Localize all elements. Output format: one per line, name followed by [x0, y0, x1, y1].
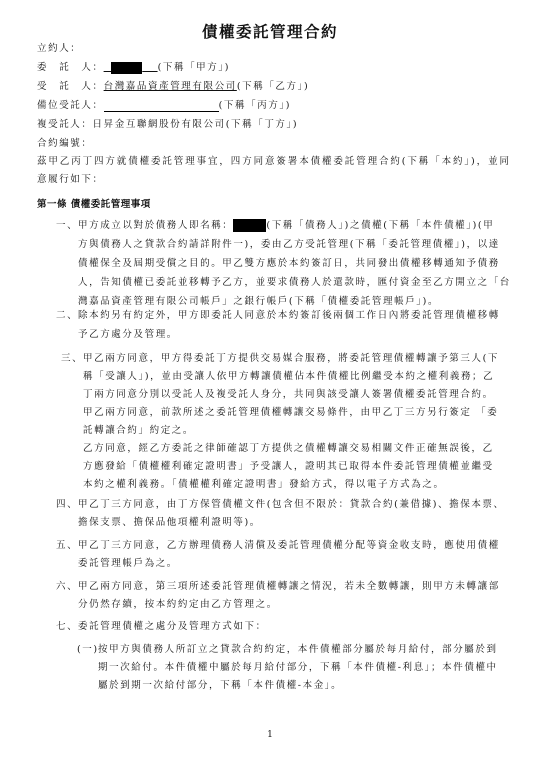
- party-sub-trustee-label: 複受託人：: [37, 118, 93, 131]
- redaction-box: [233, 219, 266, 232]
- item-1-line: 人，告知債權已委託並移轉予乙方，並要求債務人於還款時，匯付資金至乙方開立之「台: [78, 276, 511, 289]
- party-sub-trustee: 複受託人：日昇金互聯網股份有限公司(下稱「丁方」): [37, 118, 298, 131]
- item-2-line: 予乙方處分及管理。: [78, 328, 178, 341]
- party-trustee: 受 託 人：台灣嘉品資產管理有限公司(下稱「乙方」): [37, 80, 309, 93]
- party-principal-label: 委 託 人：: [37, 61, 104, 74]
- item-3-line: 乙方同意，經乙方委託之律師確認丁方提供之債權轉讓交易相關文件正確無誤後，乙: [83, 442, 494, 455]
- item-2-line: 除本約另有約定外，甲方即委託人同意於本約簽訂後兩個工作日內將委託管理債權移轉: [78, 309, 500, 322]
- item-6-line: 分仍然存續，按本約約定由乙方管理之。: [78, 598, 278, 611]
- item-5-line: 委託管理帳戶為之。: [78, 557, 178, 570]
- item-3-line: 甲乙兩方同意，前款所述之委託管理債權轉讓交易條件，由甲乙丁三方另行簽定 「委: [83, 406, 498, 419]
- party-backup-trustee-label: 備位受託人：: [37, 99, 104, 112]
- party-sub-trustee-name: 日昇金互聯網股份有限公司: [93, 119, 226, 130]
- item-3-line: 本約之權利義務。「債權權利確定證明書」發給方式，得以電子方式為之。: [83, 478, 445, 491]
- item-3-num: 三、: [61, 352, 83, 365]
- item-6-line: 甲乙兩方同意，第三項所述委託管理債權轉讓之情況，若未全數轉讓，則甲方未轉讓部: [78, 580, 500, 593]
- item-5-num: 五、: [56, 539, 78, 552]
- item-2-num: 二、: [56, 309, 78, 322]
- subitem-1-num: (一): [77, 643, 99, 656]
- item-7-num: 七、: [56, 620, 78, 633]
- item-3-line: 丁兩方同意分別以受託人及複受託人身分，共同與該受讓人簽署債權委託管理合約。: [83, 388, 494, 401]
- redaction-box: [111, 62, 142, 74]
- document-page: 債權委託管理合約 立約人： 委 託 人： (下稱「甲方」) 受 託 人：台灣嘉品…: [0, 0, 540, 758]
- item-6-num: 六、: [56, 580, 78, 593]
- parties-header: 立約人：: [37, 42, 81, 55]
- item-4-num: 四、: [56, 498, 78, 511]
- item-1-text: (下稱「債務人」)之債權(下稱「本件債權」)(甲: [266, 220, 494, 231]
- item-7-line: 委託管理債權之處分及管理方式如下：: [78, 620, 267, 633]
- party-principal: 委 託 人： (下稱「甲方」): [37, 61, 230, 74]
- item-1-line: 甲方成立以對於債務人即名稱：(下稱「債務人」)之債權(下稱「本件債權」)(甲: [78, 219, 494, 232]
- item-3-line: 方應發給「債權權利確定證明書」予受讓人，證明其已取得本件委託管理債權並繼受: [83, 460, 494, 473]
- item-3-line: 甲乙兩方同意，甲方得委託丁方提供交易媒合服務，將委託管理債權轉讓予第三人(下: [83, 352, 499, 365]
- item-3-line: 稱「受讓人」)，並由受讓人依甲方轉讓債權佔本件債權比例繼受本約之權利義務；乙: [83, 370, 494, 383]
- article-1-title: 第一條 債權委託管理事項: [37, 198, 151, 211]
- contract-number-label: 合約編號：: [37, 137, 93, 150]
- party-sub-trustee-suffix: (下稱「丁方」): [226, 119, 298, 130]
- preamble-line: 茲甲乙丙丁四方就債權委託管理事宜，四方同意簽署本債權委託管理合約(下稱「本約」)…: [37, 155, 511, 168]
- item-1-line: 方與債務人之貸款合約請詳附件一)，委由乙方受託管理(下稱「委託管理債權」)，以達: [78, 238, 500, 251]
- party-backup-trustee-blank: [104, 100, 219, 112]
- party-principal-underline: [104, 62, 158, 73]
- document-title: 債權委託管理合約: [0, 20, 540, 42]
- party-backup-trustee: 備位受託人：(下稱「丙方」): [37, 99, 291, 112]
- item-5-line: 甲乙丁三方同意，乙方辦理債務人清償及委託管理債權分配等資金收支時，應使用債權: [78, 539, 500, 552]
- preamble-line: 意履行如下：: [37, 173, 104, 186]
- item-1-num: 一、: [56, 219, 78, 232]
- party-trustee-label: 受 託 人：: [37, 80, 104, 93]
- party-trustee-suffix: (下稱「乙方」): [237, 81, 309, 92]
- subitem-1-line: 按甲方與債務人所訂立之貸款合約約定，本件債權部分屬於每月給付，部分屬於到: [98, 643, 498, 656]
- item-1-line: 債權保全及屆期受償之目的。甲乙雙方應於本約簽訂日，共同發出債權移轉通知予債務: [78, 257, 500, 270]
- page-number: 1: [0, 730, 540, 740]
- party-trustee-name: 台灣嘉品資產管理有限公司: [104, 81, 237, 92]
- subitem-1-line: 期一次給付。本件債權中屬於每月給付部分，下稱「本件債權-利息」；本件債權中: [98, 661, 498, 674]
- party-backup-trustee-suffix: (下稱「丙方」): [219, 100, 291, 111]
- item-1-text: 甲方成立以對於債務人即名稱：: [78, 220, 233, 231]
- item-1-line: 灣嘉品資產管理有限公司帳戶」之銀行帳戶(下稱「債權委託管理帳戶」)。: [78, 295, 439, 308]
- item-3-line: 託轉讓合約」約定之。: [83, 424, 194, 437]
- item-4-line: 甲乙丁三方同意，由丁方保管債權文件(包含但不限於：貸款合約(兼借據)、擔保本票、: [78, 498, 505, 511]
- subitem-1-line: 屬於到期一次給付部分，下稱「本件債權-本金」。: [98, 679, 342, 692]
- party-principal-suffix: (下稱「甲方」): [158, 62, 230, 73]
- item-4-line: 擔保支票、擔保品他項權利證明等)。: [78, 516, 261, 529]
